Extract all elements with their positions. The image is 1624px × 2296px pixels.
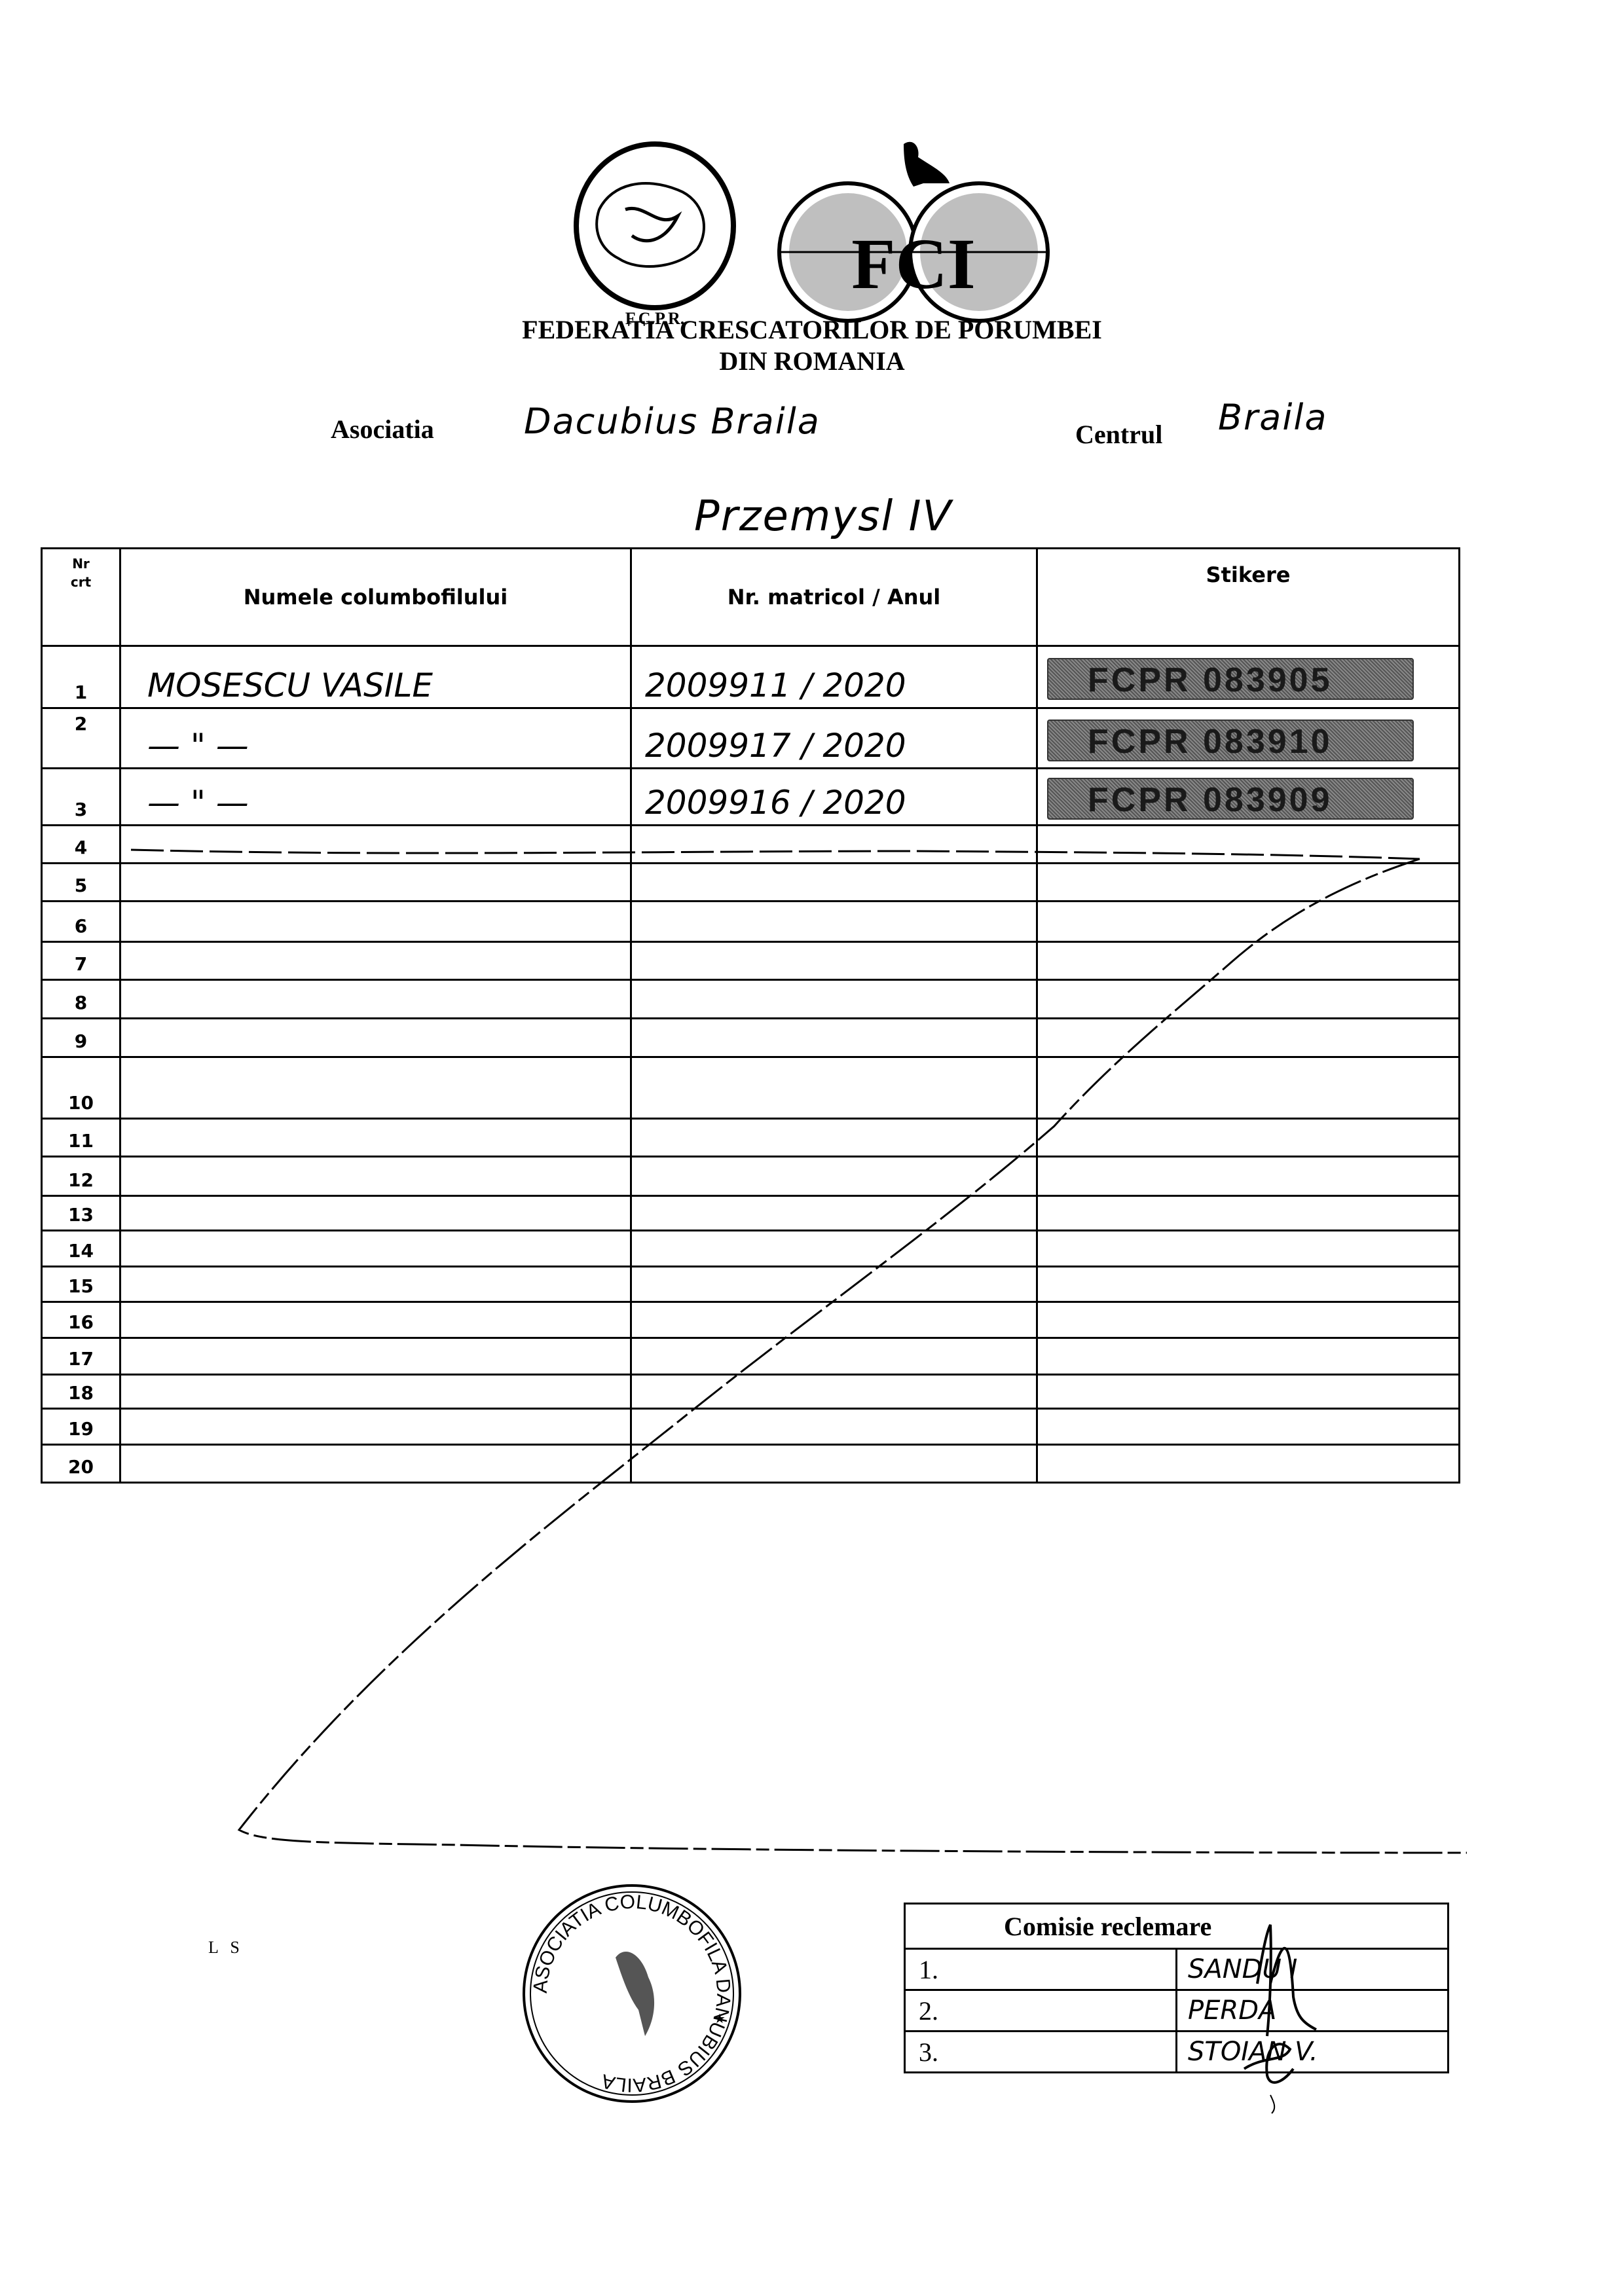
row-number: 15 xyxy=(42,1267,120,1302)
table-row: 19 xyxy=(42,1409,1460,1445)
matricol-year-cell[interactable] xyxy=(631,1375,1037,1409)
nr-label: Nr xyxy=(43,555,119,573)
svg-text:FCI: FCI xyxy=(851,224,975,304)
fancier-name-cell[interactable] xyxy=(120,864,631,902)
commission-member-name[interactable]: STOIAN V. xyxy=(1177,2032,1449,2073)
row-number: 12 xyxy=(42,1157,120,1196)
row-number: 1 xyxy=(42,646,120,708)
sticker-cell[interactable] xyxy=(1037,826,1460,864)
column-header-nr: Nr crt xyxy=(42,549,120,646)
commission-row: 3. STOIAN V. xyxy=(905,2032,1449,2073)
table-row: 6 xyxy=(42,902,1460,942)
sticker-label: FCPR 083910 xyxy=(1047,720,1414,761)
commission-member-nr: 3. xyxy=(905,2032,1177,2073)
sticker-cell[interactable] xyxy=(1037,864,1460,902)
sticker-cell[interactable] xyxy=(1037,1231,1460,1267)
row-number: 6 xyxy=(42,902,120,942)
fancier-name-cell[interactable] xyxy=(120,1157,631,1196)
fancier-name-cell[interactable]: MOSESCU VASILE xyxy=(120,646,631,708)
fancier-name-cell[interactable] xyxy=(120,1409,631,1445)
matricol-year-cell[interactable]: 2009917 / 2020 xyxy=(631,708,1037,769)
sticker-cell[interactable] xyxy=(1037,1409,1460,1445)
row-number: 20 xyxy=(42,1445,120,1483)
sticker-cell[interactable] xyxy=(1037,1119,1460,1157)
table-row: 20 xyxy=(42,1445,1460,1483)
table-row: 12 xyxy=(42,1157,1460,1196)
ls-label: L S xyxy=(208,1938,244,1958)
fancier-name-cell[interactable] xyxy=(120,826,631,864)
sticker-label: FCPR 083905 xyxy=(1047,658,1414,700)
sticker-cell[interactable] xyxy=(1037,1019,1460,1057)
table-row: 15 xyxy=(42,1267,1460,1302)
row-number: 13 xyxy=(42,1196,120,1231)
fancier-name-cell[interactable] xyxy=(120,1196,631,1231)
complaints-commission-table: Comisie reclemare 1. SANDU I 2. PERDA 3.… xyxy=(904,1903,1449,2073)
svg-text:★: ★ xyxy=(714,2011,726,2026)
table-row: 2— " —2009917 / 2020FCPR 083910 xyxy=(42,708,1460,769)
sticker-cell[interactable] xyxy=(1037,942,1460,980)
association-stamp: ASOCIATIA COLUMBOFILA DANUBIUS BRAILA ★ xyxy=(517,1879,747,2108)
matricol-year-cell[interactable] xyxy=(631,1267,1037,1302)
matricol-year-cell[interactable]: 2009911 / 2020 xyxy=(631,646,1037,708)
row-number: 10 xyxy=(42,1057,120,1119)
sticker-cell[interactable]: FCPR 083910 xyxy=(1037,708,1460,769)
table-row: 13 xyxy=(42,1196,1460,1231)
matricol-year-cell[interactable] xyxy=(631,1119,1037,1157)
fancier-name-cell[interactable] xyxy=(120,1119,631,1157)
sticker-cell[interactable]: FCPR 083905 xyxy=(1037,646,1460,708)
sticker-cell[interactable] xyxy=(1037,1375,1460,1409)
federation-subtitle: DIN ROMANIA xyxy=(0,346,1624,376)
row-number: 16 xyxy=(42,1302,120,1338)
sticker-cell[interactable] xyxy=(1037,1445,1460,1483)
row-number: 11 xyxy=(42,1119,120,1157)
association-label: Asociatia xyxy=(331,414,434,445)
row-number: 18 xyxy=(42,1375,120,1409)
table-header-row: Nr crt Numele columbofilului Nr. matrico… xyxy=(42,549,1460,646)
fancier-name-cell[interactable]: — " — xyxy=(120,708,631,769)
commission-row: 2. PERDA xyxy=(905,1990,1449,2032)
matricol-year-cell[interactable] xyxy=(631,1196,1037,1231)
fancier-name-cell[interactable] xyxy=(120,1338,631,1375)
sticker-cell[interactable] xyxy=(1037,1057,1460,1119)
sticker-cell[interactable] xyxy=(1037,980,1460,1019)
row-number: 4 xyxy=(42,826,120,864)
fancier-name-cell[interactable] xyxy=(120,1445,631,1483)
sticker-cell[interactable] xyxy=(1037,902,1460,942)
fancier-name-cell[interactable] xyxy=(120,980,631,1019)
row-number: 2 xyxy=(42,708,120,769)
table-row: 9 xyxy=(42,1019,1460,1057)
column-header-stickers: Stikere xyxy=(1037,549,1460,646)
matricol-year-cell[interactable] xyxy=(631,1057,1037,1119)
commission-row: 1. SANDU I xyxy=(905,1949,1449,1990)
federation-title: FEDERATIA CRESCATORILOR DE PORUMBEI xyxy=(0,314,1624,345)
row-number: 7 xyxy=(42,942,120,980)
table-row: 4 xyxy=(42,826,1460,864)
matricol-year-cell[interactable] xyxy=(631,826,1037,864)
fancier-name-cell[interactable] xyxy=(120,1302,631,1338)
sticker-cell[interactable] xyxy=(1037,1267,1460,1302)
fancier-name-cell[interactable] xyxy=(120,902,631,942)
sticker-cell[interactable] xyxy=(1037,1338,1460,1375)
matricol-year-cell[interactable] xyxy=(631,902,1037,942)
row-number: 19 xyxy=(42,1409,120,1445)
fancier-name-cell[interactable] xyxy=(120,1231,631,1267)
row-number: 17 xyxy=(42,1338,120,1375)
matricol-year-cell[interactable] xyxy=(631,1445,1037,1483)
commission-title: Comisie reclemare xyxy=(905,1904,1449,1949)
sticker-label: FCPR 083909 xyxy=(1047,778,1414,820)
row-number: 9 xyxy=(42,1019,120,1057)
column-header-matricol: Nr. matricol / Anul xyxy=(631,549,1037,646)
table-row: 18 xyxy=(42,1375,1460,1409)
fancier-name-cell[interactable]: — " — xyxy=(120,769,631,826)
matricol-year-cell[interactable] xyxy=(631,942,1037,980)
matricol-year-cell[interactable] xyxy=(631,1302,1037,1338)
matricol-year-cell[interactable] xyxy=(631,864,1037,902)
table-row: 14 xyxy=(42,1231,1460,1267)
fancier-name-cell[interactable] xyxy=(120,1375,631,1409)
matricol-year-cell[interactable] xyxy=(631,1019,1037,1057)
table-row: 11 xyxy=(42,1119,1460,1157)
center-value[interactable]: Braila xyxy=(1218,397,1327,438)
table-row: 7 xyxy=(42,942,1460,980)
commission-member-name[interactable]: PERDA xyxy=(1177,1990,1449,2032)
association-value[interactable]: Dacubius Braila xyxy=(524,401,821,442)
matricol-year-cell[interactable] xyxy=(631,1338,1037,1375)
fancier-name-cell[interactable] xyxy=(120,1267,631,1302)
fancier-name-cell[interactable] xyxy=(120,942,631,980)
commission-member-name[interactable]: SANDU I xyxy=(1177,1949,1449,1990)
sticker-cell[interactable]: FCPR 083909 xyxy=(1037,769,1460,826)
sticker-cell[interactable] xyxy=(1037,1196,1460,1231)
table-row: 17 xyxy=(42,1338,1460,1375)
fci-logo: FCI xyxy=(773,131,1054,327)
matricol-year-cell[interactable] xyxy=(631,1157,1037,1196)
row-number: 14 xyxy=(42,1231,120,1267)
column-header-name: Numele columbofilului xyxy=(120,549,631,646)
table-row: 1MOSESCU VASILE2009911 / 2020FCPR 083905 xyxy=(42,646,1460,708)
commission-member-nr: 2. xyxy=(905,1990,1177,2032)
matricol-year-cell[interactable] xyxy=(631,980,1037,1019)
commission-member-nr: 1. xyxy=(905,1949,1177,1990)
row-number: 3 xyxy=(42,769,120,826)
sticker-cell[interactable] xyxy=(1037,1157,1460,1196)
row-number: 8 xyxy=(42,980,120,1019)
center-label: Centrul xyxy=(1075,419,1162,450)
table-row: 16 xyxy=(42,1302,1460,1338)
matricol-year-cell[interactable] xyxy=(631,1409,1037,1445)
row-number: 5 xyxy=(42,864,120,902)
competition-name[interactable]: Przemysl IV xyxy=(694,492,952,541)
pigeon-registration-table: Nr crt Numele columbofilului Nr. matrico… xyxy=(41,547,1460,1484)
fancier-name-cell[interactable] xyxy=(120,1057,631,1119)
table-row: 8 xyxy=(42,980,1460,1019)
fcpr-logo: F.C.P.R. xyxy=(547,137,763,327)
sticker-cell[interactable] xyxy=(1037,1302,1460,1338)
table-row: 5 xyxy=(42,864,1460,902)
matricol-year-cell[interactable]: 2009916 / 2020 xyxy=(631,769,1037,826)
crt-label: crt xyxy=(43,573,119,591)
fancier-name-cell[interactable] xyxy=(120,1019,631,1057)
matricol-year-cell[interactable] xyxy=(631,1231,1037,1267)
table-row: 3— " —2009916 / 2020FCPR 083909 xyxy=(42,769,1460,826)
table-row: 10 xyxy=(42,1057,1460,1119)
